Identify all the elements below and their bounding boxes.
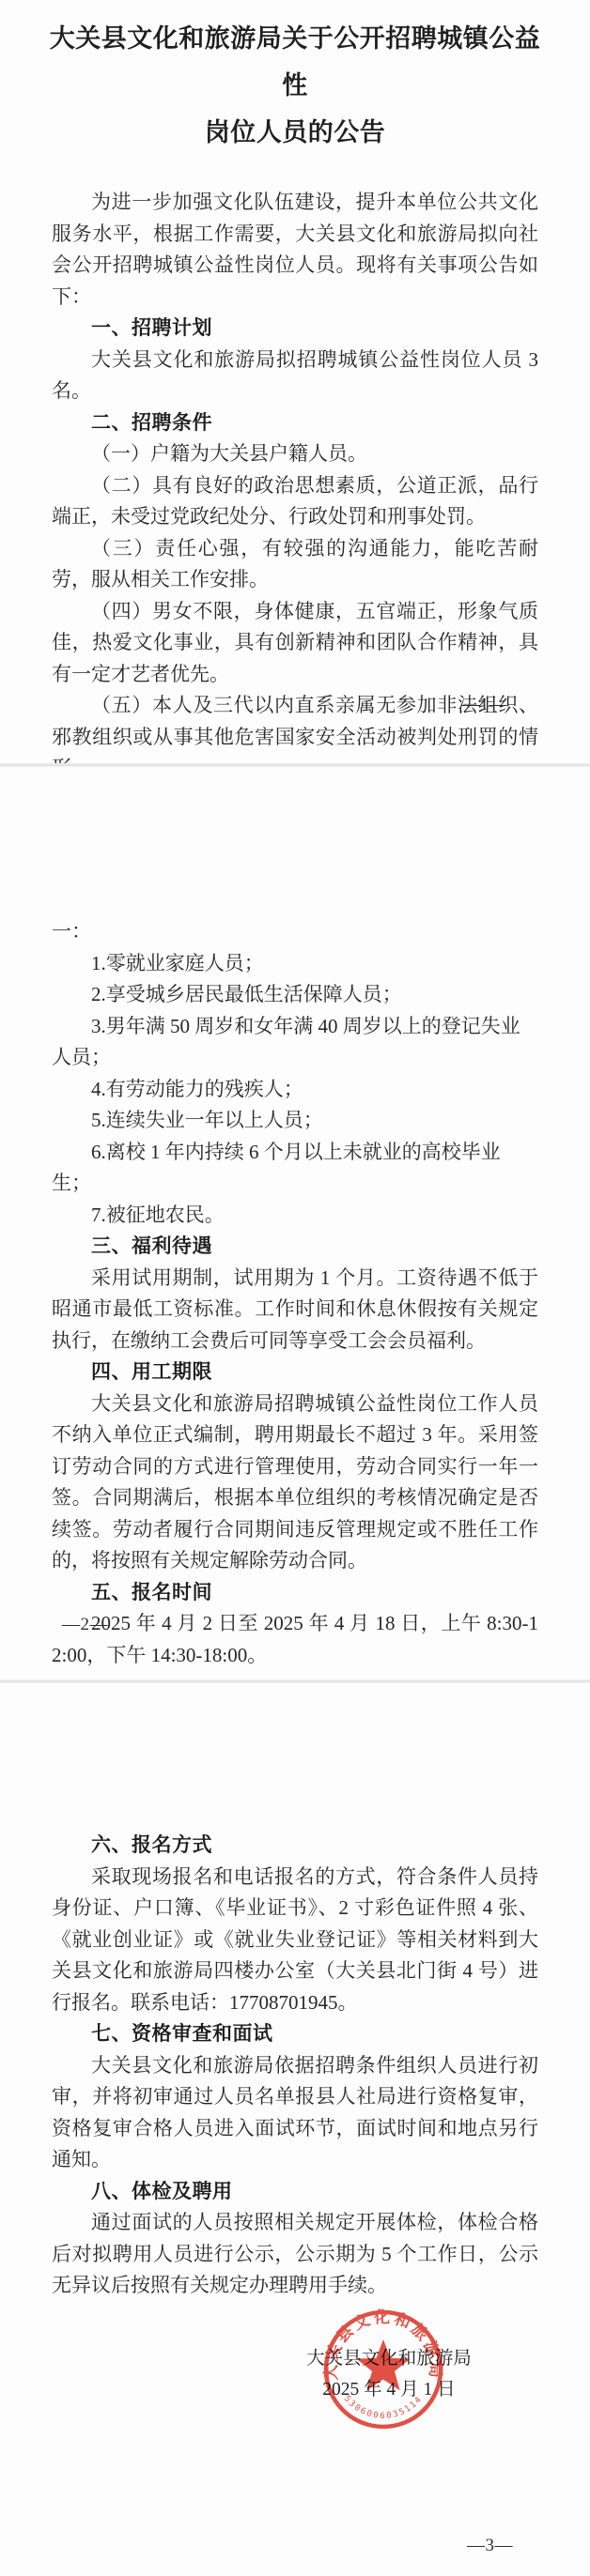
title-line-1: 大关县文化和旅游局关于公开招聘城镇公益性: [38, 15, 552, 109]
announcement-document: 大关县文化和旅游局关于公开招聘城镇公益性 岗位人员的公告 为进一步加强文化队伍建…: [0, 0, 590, 2576]
condition-item-2: （二）具有良好的政治思想素质，公道正派，品行端正，未受过党政纪处分、行政处罚和刑…: [52, 470, 538, 533]
section-heading-7: 七、资格审查和面试: [52, 2018, 538, 2050]
list-item-5: 5.连续失业一年以上人员；: [52, 1105, 538, 1137]
list-item-6: 6.离校 1 年内持续 6 个月以上未就业的高校毕业生；: [52, 1137, 538, 1200]
paragraph: 通过面试的人员按照相关规定开展体检，体检合格后对拟聘用人员进行公示，公示期为 5…: [52, 2207, 538, 2302]
condition-item-1: （一）户籍为大关县户籍人员。: [52, 438, 538, 470]
list-item-4: 4.有劳动能力的残疾人；: [52, 1074, 538, 1106]
document-title: 大关县文化和旅游局关于公开招聘城镇公益性 岗位人员的公告: [38, 0, 552, 156]
paragraph: 大关县文化和旅游局拟招聘城镇公益性岗位人员 3 名。: [52, 345, 538, 407]
page-number: —3—: [467, 2530, 513, 2562]
section-heading-4: 四、用工期限: [52, 1357, 538, 1388]
section-heading-1: 一、招聘计划: [52, 313, 538, 345]
page-3: 六、报名方式 采取现场报名和电话报名的方式，符合条件人员持身份证、户口簿、《毕业…: [0, 1683, 590, 2576]
section-heading-5: 五、报名时间: [52, 1577, 538, 1609]
section-heading-2: 二、招聘条件: [52, 407, 538, 439]
condition-item-3: （三）责任心强，有较强的沟通能力，能吃苦耐劳，服从相关工作安排。: [52, 533, 538, 596]
signature-organization: 大关县文化和旅游局: [299, 2343, 479, 2374]
list-item-2: 2.享受城乡居民最低生活保障人员；: [52, 979, 538, 1011]
paragraph: 2025 年 4 月 2 日至 2025 年 4 月 18 日，上午 8:30-…: [52, 1608, 538, 1671]
page-number: —2—: [62, 1609, 108, 1641]
section-heading-6: 六、报名方式: [52, 1830, 538, 1862]
section-heading-8: 八、体检及聘用: [52, 2176, 538, 2208]
paragraph: 采取现场报名和电话报名的方式，符合条件人员持身份证、户口簿、《毕业证书》、2 寸…: [52, 1862, 538, 2019]
list-item-7: 7.被征地农民。: [52, 1200, 538, 1232]
condition-item-4: （四）男女不限，身体健康，五官端正，形象气质佳，热爱文化事业，具有创新精神和团队…: [52, 596, 538, 691]
list-item-1: 1.零就业家庭人员；: [52, 948, 538, 980]
page-number: —1—: [461, 689, 507, 721]
paragraph: 采用试用期制，试用期为 1 个月。工资待遇不低于昭通市最低工资标准。工作时间和休…: [52, 1263, 538, 1357]
continuation-text: 一：: [52, 916, 538, 948]
intro-paragraph: 为进一步加强文化队伍建设，提升本单位公共文化服务水平，根据工作需要，大关县文化和…: [52, 187, 538, 313]
title-line-2: 岗位人员的公告: [38, 109, 552, 156]
section-heading-3: 三、福利待遇: [52, 1231, 538, 1263]
page-1: 大关县文化和旅游局关于公开招聘城镇公益性 岗位人员的公告 为进一步加强文化队伍建…: [0, 0, 590, 763]
list-item-3: 3.男年满 50 周岁和女年满 40 周岁以上的登记失业人员；: [52, 1011, 538, 1074]
signature-date: 2025 年 4 月 1 日: [299, 2374, 479, 2405]
page-2: 一： 1.零就业家庭人员； 2.享受城乡居民最低生活保障人员； 3.男年满 50…: [0, 767, 590, 1679]
paragraph: 大关县文化和旅游局依据招聘条件组织人员进行初审，并将初审通过人员名单报县人社局进…: [52, 2050, 538, 2176]
paragraph: 大关县文化和旅游局招聘城镇公益性岗位工作人员不纳入单位正式编制，聘用期最长不超过…: [52, 1388, 538, 1577]
signature-block: 大关县文化和旅游局 2025 年 4 月 1 日: [299, 2343, 479, 2405]
